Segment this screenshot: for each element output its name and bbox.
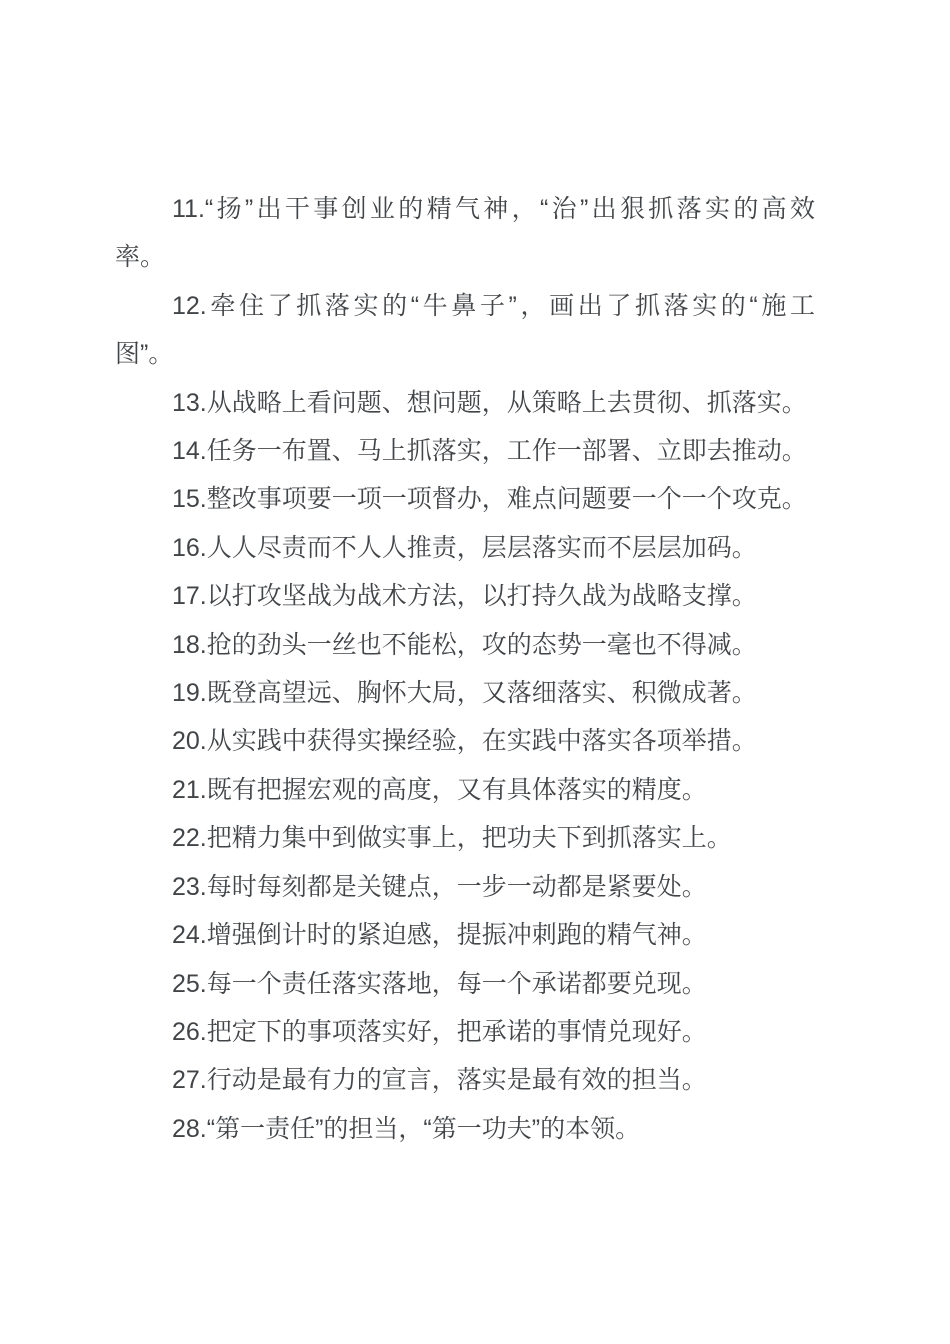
text-line: 13.从战略上看问题、想问题，从策略上去贯彻、抓落实。 xyxy=(115,379,815,427)
item-text: 既有把握宏观的高度，又有具体落实的精度。 xyxy=(207,776,707,804)
text-line: 18.抢的劲头一丝也不能松，攻的态势一毫也不得减。 xyxy=(115,621,815,669)
item-number: 12. xyxy=(172,292,207,320)
item-text: 整改事项要一项一项督办，难点问题要一个一个攻克。 xyxy=(207,485,807,513)
list-item: 24.增强倒计时的紧迫感，提振冲刺跑的精气神。 xyxy=(115,911,815,959)
item-text: 以打攻坚战为战术方法，以打持久战为战略支撑。 xyxy=(207,582,757,610)
text-line: 12.牵住了抓落实的“牛鼻子”，画出了抓落实的“施工 xyxy=(115,282,815,330)
text-line: 14.任务一布置、马上抓落实，工作一部署、立即去推动。 xyxy=(115,427,815,475)
item-text: 把定下的事项落实好，把承诺的事情兑现好。 xyxy=(207,1018,707,1046)
text-line: 23.每时每刻都是关键点，一步一动都是紧要处。 xyxy=(115,863,815,911)
text-line: 19.既登高望远、胸怀大局，又落细落实、积微成著。 xyxy=(115,669,815,717)
list-item: 21.既有把握宏观的高度，又有具体落实的精度。 xyxy=(115,766,815,814)
item-number: 26. xyxy=(172,1018,207,1046)
item-number: 19. xyxy=(172,679,207,707)
text-line: 17.以打攻坚战为战术方法，以打持久战为战略支撑。 xyxy=(115,572,815,620)
item-text: 率。 xyxy=(115,243,165,271)
item-number: 25. xyxy=(172,970,207,998)
list-item: 27.行动是最有力的宣言，落实是最有效的担当。 xyxy=(115,1056,815,1104)
item-text: 从实践中获得实操经验，在实践中落实各项举措。 xyxy=(207,727,757,755)
item-text: 从战略上看问题、想问题，从策略上去贯彻、抓落实。 xyxy=(207,389,807,417)
item-text: 图”。 xyxy=(115,340,173,368)
item-number: 11. xyxy=(172,195,205,223)
list-item: 22.把精力集中到做实事上，把功夫下到抓落实上。 xyxy=(115,814,815,862)
list-item: 23.每时每刻都是关键点，一步一动都是紧要处。 xyxy=(115,863,815,911)
item-text: 牵住了抓落实的“牛鼻子”，画出了抓落实的“施工 xyxy=(207,292,815,320)
document-page: 11.“扬”出干事创业的精气神，“治”出狠抓落实的高效率。12.牵住了抓落实的“… xyxy=(0,0,950,1344)
item-number: 23. xyxy=(172,873,207,901)
text-line: 11.“扬”出干事创业的精气神，“治”出狠抓落实的高效 xyxy=(115,185,815,233)
item-number: 14. xyxy=(172,437,207,465)
item-number: 28. xyxy=(172,1115,207,1143)
text-line: 27.行动是最有力的宣言，落实是最有效的担当。 xyxy=(115,1056,815,1104)
text-line: 21.既有把握宏观的高度，又有具体落实的精度。 xyxy=(115,766,815,814)
text-line: 26.把定下的事项落实好，把承诺的事情兑现好。 xyxy=(115,1008,815,1056)
item-text: 每一个责任落实落地，每一个承诺都要兑现。 xyxy=(207,970,707,998)
item-text: 行动是最有力的宣言，落实是最有效的担当。 xyxy=(207,1066,707,1094)
list-item: 14.任务一布置、马上抓落实，工作一部署、立即去推动。 xyxy=(115,427,815,475)
list-item: 18.抢的劲头一丝也不能松，攻的态势一毫也不得减。 xyxy=(115,621,815,669)
list-item: 16.人人尽责而不人人推责，层层落实而不层层加码。 xyxy=(115,524,815,572)
item-text: 抢的劲头一丝也不能松，攻的态势一毫也不得减。 xyxy=(207,631,757,659)
text-line: 率。 xyxy=(115,233,815,281)
text-line: 15.整改事项要一项一项督办，难点问题要一个一个攻克。 xyxy=(115,475,815,523)
item-number: 15. xyxy=(172,485,207,513)
item-text: “扬”出干事创业的精气神，“治”出狠抓落实的高效 xyxy=(205,195,815,223)
text-line: 20.从实践中获得实操经验，在实践中落实各项举措。 xyxy=(115,717,815,765)
list-item: 20.从实践中获得实操经验，在实践中落实各项举措。 xyxy=(115,717,815,765)
item-number: 17. xyxy=(172,582,207,610)
item-number: 13. xyxy=(172,389,207,417)
item-text: 每时每刻都是关键点，一步一动都是紧要处。 xyxy=(207,873,707,901)
text-line: 28.“第一责任”的担当，“第一功夫”的本领。 xyxy=(115,1105,815,1153)
item-number: 21. xyxy=(172,776,207,804)
list-item: 13.从战略上看问题、想问题，从策略上去贯彻、抓落实。 xyxy=(115,379,815,427)
list-item: 26.把定下的事项落实好，把承诺的事情兑现好。 xyxy=(115,1008,815,1056)
item-text: 既登高望远、胸怀大局，又落细落实、积微成著。 xyxy=(207,679,757,707)
item-text: 任务一布置、马上抓落实，工作一部署、立即去推动。 xyxy=(207,437,807,465)
item-text: 人人尽责而不人人推责，层层落实而不层层加码。 xyxy=(207,534,757,562)
text-line: 图”。 xyxy=(115,330,815,378)
item-number: 18. xyxy=(172,631,207,659)
item-text: 把精力集中到做实事上，把功夫下到抓落实上。 xyxy=(207,824,732,852)
list-item: 25.每一个责任落实落地，每一个承诺都要兑现。 xyxy=(115,960,815,1008)
list-item: 17.以打攻坚战为战术方法，以打持久战为战略支撑。 xyxy=(115,572,815,620)
item-text: “第一责任”的担当，“第一功夫”的本领。 xyxy=(207,1115,640,1143)
list-item: 28.“第一责任”的担当，“第一功夫”的本领。 xyxy=(115,1105,815,1153)
text-line: 25.每一个责任落实落地，每一个承诺都要兑现。 xyxy=(115,960,815,1008)
item-number: 16. xyxy=(172,534,207,562)
list-item: 15.整改事项要一项一项督办，难点问题要一个一个攻克。 xyxy=(115,475,815,523)
item-text: 增强倒计时的紧迫感，提振冲刺跑的精气神。 xyxy=(207,921,707,949)
item-number: 20. xyxy=(172,727,207,755)
text-line: 22.把精力集中到做实事上，把功夫下到抓落实上。 xyxy=(115,814,815,862)
text-line: 24.增强倒计时的紧迫感，提振冲刺跑的精气神。 xyxy=(115,911,815,959)
text-line: 16.人人尽责而不人人推责，层层落实而不层层加码。 xyxy=(115,524,815,572)
list-item: 19.既登高望远、胸怀大局，又落细落实、积微成著。 xyxy=(115,669,815,717)
item-number: 22. xyxy=(172,824,207,852)
document-body: 11.“扬”出干事创业的精气神，“治”出狠抓落实的高效率。12.牵住了抓落实的“… xyxy=(115,185,815,1153)
item-number: 24. xyxy=(172,921,207,949)
list-item: 12.牵住了抓落实的“牛鼻子”，画出了抓落实的“施工图”。 xyxy=(115,282,815,379)
list-item: 11.“扬”出干事创业的精气神，“治”出狠抓落实的高效率。 xyxy=(115,185,815,282)
item-number: 27. xyxy=(172,1066,207,1094)
